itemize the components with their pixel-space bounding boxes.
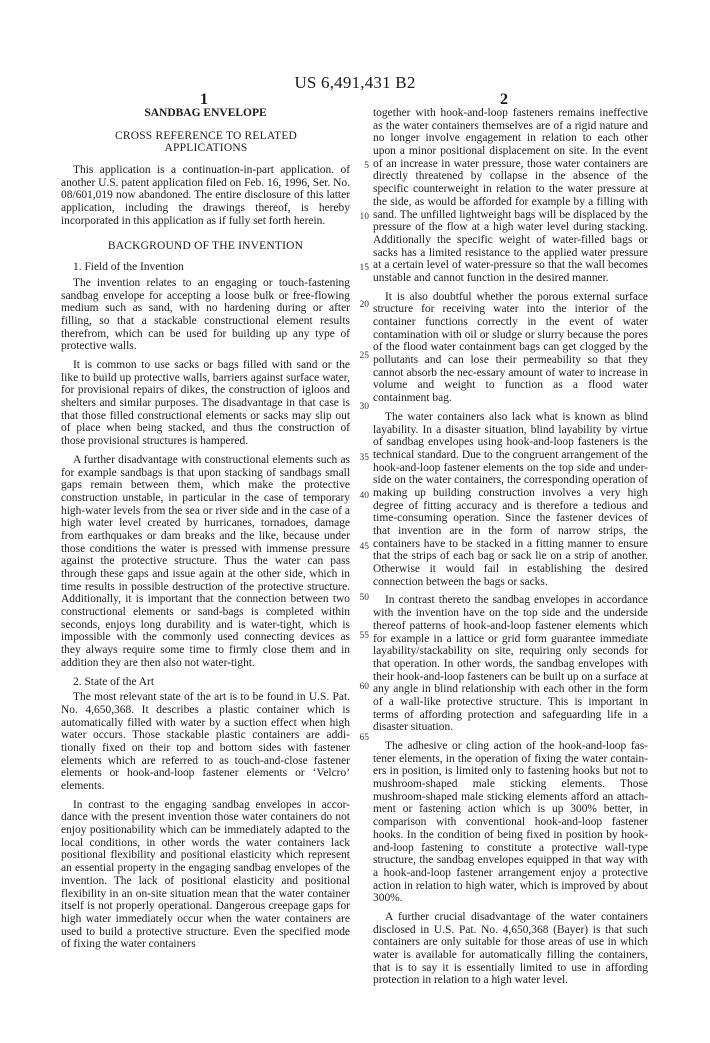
- body-paragraph: The adhesive or cling action of the hook…: [373, 740, 648, 905]
- line-number: 10: [355, 212, 369, 222]
- patent-number: US 6,491,431 B2: [0, 73, 710, 93]
- document-title: SANDBAG ENVELOPE: [61, 107, 350, 120]
- line-number: 35: [355, 453, 369, 463]
- state-subheading: 2. State of the Art: [61, 676, 350, 689]
- body-paragraph: A further disadvantage with construction…: [61, 454, 350, 670]
- line-number: 55: [355, 631, 369, 641]
- right-column: together with hook-and-loop fasteners re…: [373, 107, 648, 993]
- body-paragraph: In contrast thereto the sandbag envelope…: [373, 594, 648, 734]
- left-column: SANDBAG ENVELOPE CROSS REFERENCE TO RELA…: [61, 107, 350, 957]
- cross-reference-paragraph: This application is a continuation-in-pa…: [61, 164, 350, 227]
- cross-reference-heading: CROSS REFERENCE TO RELATED APPLICATIONS: [106, 130, 306, 155]
- background-heading: BACKGROUND OF THE INVENTION: [61, 240, 350, 253]
- body-paragraph: It is also doubtful whether the porous e…: [373, 291, 648, 405]
- line-number: 40: [355, 491, 369, 501]
- line-number: 65: [355, 733, 369, 743]
- body-paragraph: The invention relates to an engaging or …: [61, 277, 350, 353]
- line-number: 60: [355, 682, 369, 692]
- line-number: 45: [355, 542, 369, 552]
- line-number: 15: [355, 263, 369, 273]
- line-number: 20: [355, 300, 369, 310]
- continuation-paragraph: together with hook-and-loop fasteners re…: [373, 107, 648, 285]
- body-paragraph: The water containers also lack what is k…: [373, 411, 648, 589]
- line-number: 25: [355, 351, 369, 361]
- body-paragraph: The most relevant state of the art is to…: [61, 691, 350, 793]
- line-number: 30: [355, 402, 369, 412]
- field-subheading: 1. Field of the Invention: [61, 261, 350, 274]
- body-paragraph: In contrast to the engaging sandbag enve…: [61, 799, 350, 951]
- line-number: 5: [355, 161, 369, 171]
- body-paragraph: It is common to use sacks or bags filled…: [61, 359, 350, 448]
- line-number: 50: [355, 593, 369, 603]
- body-paragraph: A further crucial disadvantage of the wa…: [373, 911, 648, 987]
